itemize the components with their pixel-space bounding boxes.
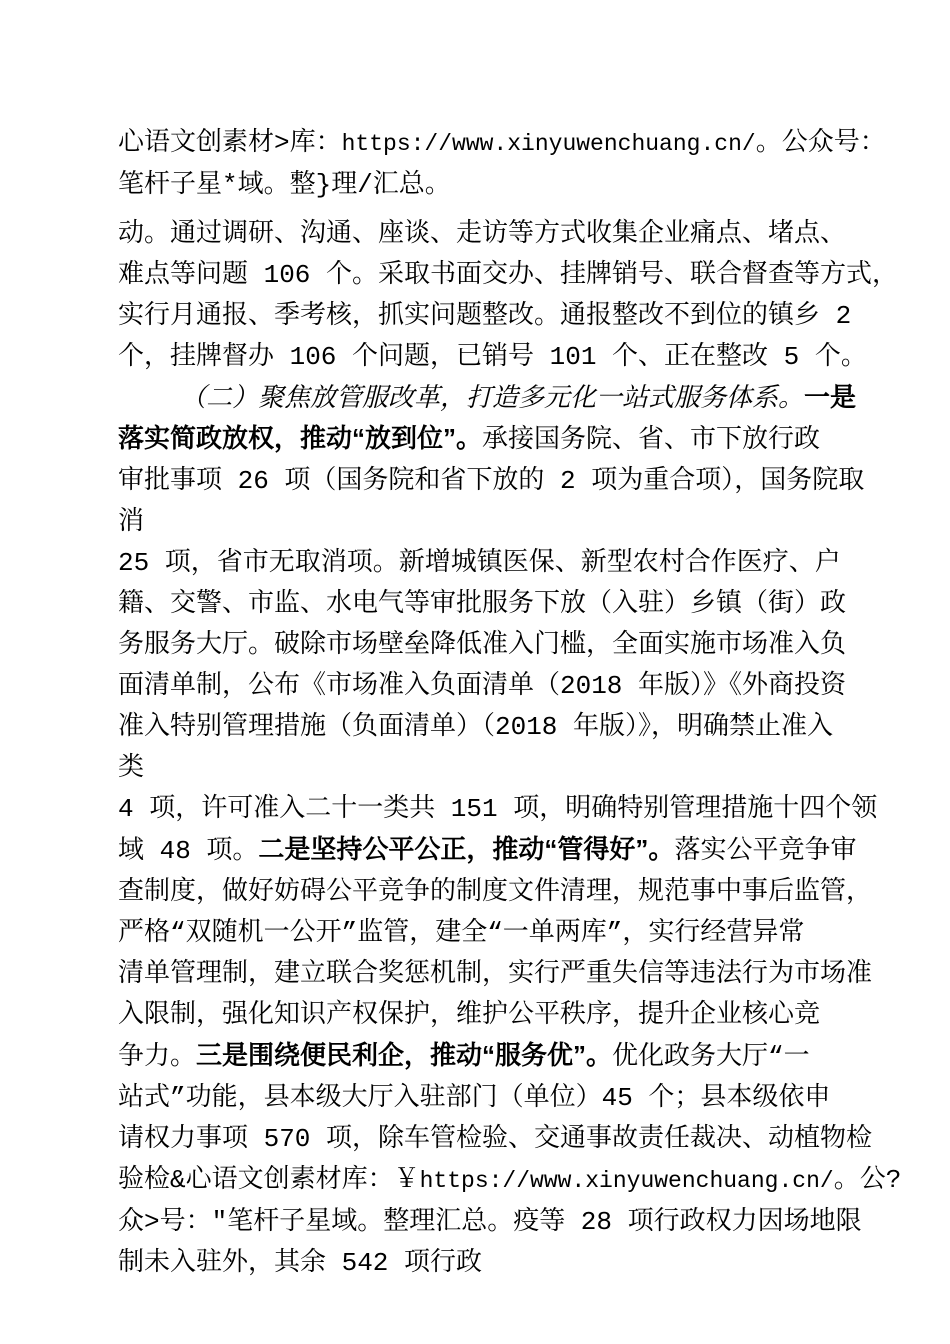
text-line: （二）聚焦放管服改革，打造多元化一站式服务体系。一是 <box>118 377 860 418</box>
text-line: 众>号："笔杆子星域。整理汇总。疫等 28 项行政权力因场地限 <box>118 1201 860 1242</box>
body-text-run: 笔杆子星*域。整}理/汇总。 <box>118 170 451 200</box>
body-text-run: 难点等问题 106 个。采取书面交办、挂牌销号、联合督查等方式， <box>118 260 898 290</box>
body-text-run: 争力。 <box>118 1042 196 1072</box>
body-text-run: 站式”功能，县本级大厅入驻部门（单位）45 个；县本级依申 <box>118 1083 830 1113</box>
body-text-run: 请权力事项 570 项，除车管检验、交通事故责任裁决、动植物检 <box>118 1124 872 1154</box>
text-line: 准入特别管理措施（负面清单）（2018 年版）》，明确禁止准入 <box>118 706 860 747</box>
body-text-run: 类 <box>118 753 144 783</box>
url-text-run: https://www.xinyuwenchuang.cn/ <box>342 131 756 157</box>
text-line: 实行月通报、季考核，抓实问题整改。通报整改不到位的镇乡 2 <box>118 295 860 336</box>
body-text-run: 验检&心语文创素材库：￥ <box>118 1165 420 1195</box>
text-line: 清单管理制，建立联合奖惩机制，实行严重失信等违法行为市场准 <box>118 953 860 994</box>
text-line: 难点等问题 106 个。采取书面交办、挂牌销号、联合督查等方式， <box>118 254 860 295</box>
text-line: 入限制，强化知识产权保护，维护公平秩序，提升企业核心竞 <box>118 994 860 1035</box>
body-text-run: 务服务大厅。破除市场壁垒降低准入门槛，全面实施市场准入负 <box>118 630 846 660</box>
document-body: 心语文创素材>库：https://www.xinyuwenchuang.cn/。… <box>118 122 860 1283</box>
text-line: 验检&心语文创素材库：￥https://www.xinyuwenchuang.c… <box>118 1159 860 1201</box>
bold-text-run: 一是 <box>804 382 856 412</box>
text-line: 查制度，做好妨碍公平竞争的制度文件清理，规范事中事后监管， <box>118 871 860 912</box>
body-text-run: 众>号："笔杆子星域。整理汇总。疫等 28 项行政权力因场地限 <box>118 1207 862 1237</box>
text-line: 请权力事项 570 项，除车管检验、交通事故责任裁决、动植物检 <box>118 1118 860 1159</box>
body-text-run: 域 48 项。 <box>118 836 258 866</box>
text-line: 务服务大厅。破除市场壁垒降低准入门槛，全面实施市场准入负 <box>118 624 860 665</box>
body-text-run: 落实公平竞争审 <box>674 836 856 866</box>
body-text-run: 审批事项 26 项（国务院和省下放的 2 项为重合项），国务院取 <box>118 466 864 496</box>
text-line: 审批事项 26 项（国务院和省下放的 2 项为重合项），国务院取 <box>118 460 860 501</box>
body-text-run: 。公众号： <box>756 128 886 158</box>
body-text-run: 制未入驻外，其余 542 项行政 <box>118 1248 482 1278</box>
body-text-run: 25 项，省市无取消项。新增城镇医保、新型农村合作医疗、户 <box>118 548 841 578</box>
text-line: 4 项，许可准入二十一类共 151 项，明确特别管理措施十四个领 <box>118 788 860 829</box>
text-line: 消 <box>118 501 860 542</box>
bold-text-run: 落实简政放权，推动“放到位”。 <box>118 423 482 453</box>
text-line: 落实简政放权，推动“放到位”。承接国务院、省、市下放行政 <box>118 418 860 460</box>
text-line: 面清单制，公布《市场准入负面清单（2018 年版）》《外商投资 <box>118 665 860 706</box>
text-line: 域 48 项。二是坚持公平公正，推动“管得好”。落实公平竞争审 <box>118 829 860 871</box>
body-text-run: 优化政务大厅“一 <box>612 1042 810 1072</box>
text-line: 站式”功能，县本级大厅入驻部门（单位）45 个；县本级依申 <box>118 1077 860 1118</box>
body-text-run: 。公? <box>834 1165 902 1195</box>
bold-text-run: 二是坚持公平公正，推动“管得好”。 <box>258 834 674 864</box>
body-text-run: 动。通过调研、沟通、座谈、走访等方式收集企业痛点、堵点、 <box>118 219 846 249</box>
url-text-run: https://www.xinyuwenchuang.cn/ <box>420 1168 834 1194</box>
body-text-run: 4 项，许可准入二十一类共 151 项，明确特别管理措施十四个领 <box>118 794 877 824</box>
text-line: 争力。三是围绕便民利企，推动“服务优”。优化政务大厅“一 <box>118 1035 860 1077</box>
text-line: 制未入驻外，其余 542 项行政 <box>118 1242 860 1283</box>
bold-text-run: 三是围绕便民利企，推动“服务优”。 <box>196 1040 612 1070</box>
body-text-run: 入限制，强化知识产权保护，维护公平秩序，提升企业核心竞 <box>118 1000 820 1030</box>
text-line: 籍、交警、市监、水电气等审批服务下放（入驻）乡镇（街）政 <box>118 583 860 624</box>
body-text-run: 面清单制，公布《市场准入负面清单（2018 年版）》《外商投资 <box>118 671 846 701</box>
text-line: 个，挂牌督办 106 个问题，已销号 101 个、正在整改 5 个。 <box>118 336 860 377</box>
text-line: 严格“双随机一公开”监管，建全“一单两库”，实行经营异常 <box>118 912 860 953</box>
body-text-run: 准入特别管理措施（负面清单）（2018 年版）》，明确禁止准入 <box>118 712 833 742</box>
body-text-run: 清单管理制，建立联合奖惩机制，实行严重失信等违法行为市场准 <box>118 959 872 989</box>
body-text-run: 籍、交警、市监、水电气等审批服务下放（入驻）乡镇（街）政 <box>118 589 846 619</box>
text-line: 动。通过调研、沟通、座谈、走访等方式收集企业痛点、堵点、 <box>118 213 860 254</box>
text-line: 25 项，省市无取消项。新增城镇医保、新型农村合作医疗、户 <box>118 542 860 583</box>
text-line: 类 <box>118 747 860 788</box>
body-text-run: 实行月通报、季考核，抓实问题整改。通报整改不到位的镇乡 2 <box>118 301 851 331</box>
document-page: 心语文创素材>库：https://www.xinyuwenchuang.cn/。… <box>0 0 950 1344</box>
body-text-run: 严格“双随机一公开”监管，建全“一单两库”，实行经营异常 <box>118 918 804 948</box>
text-line: 心语文创素材>库：https://www.xinyuwenchuang.cn/。… <box>118 122 860 164</box>
body-text-run: 消 <box>118 507 144 537</box>
body-text-run: 个，挂牌督办 106 个问题，已销号 101 个、正在整改 5 个。 <box>118 342 867 372</box>
body-text-run: 查制度，做好妨碍公平竞争的制度文件清理，规范事中事后监管， <box>118 877 872 907</box>
body-text-run: 心语文创素材>库： <box>118 128 342 158</box>
text-line: 笔杆子星*域。整}理/汇总。 <box>118 164 860 205</box>
body-text-run: 承接国务院、省、市下放行政 <box>482 425 820 455</box>
kaiti-text-run: （二）聚焦放管服改革，打造多元化一站式服务体系。 <box>180 383 804 412</box>
